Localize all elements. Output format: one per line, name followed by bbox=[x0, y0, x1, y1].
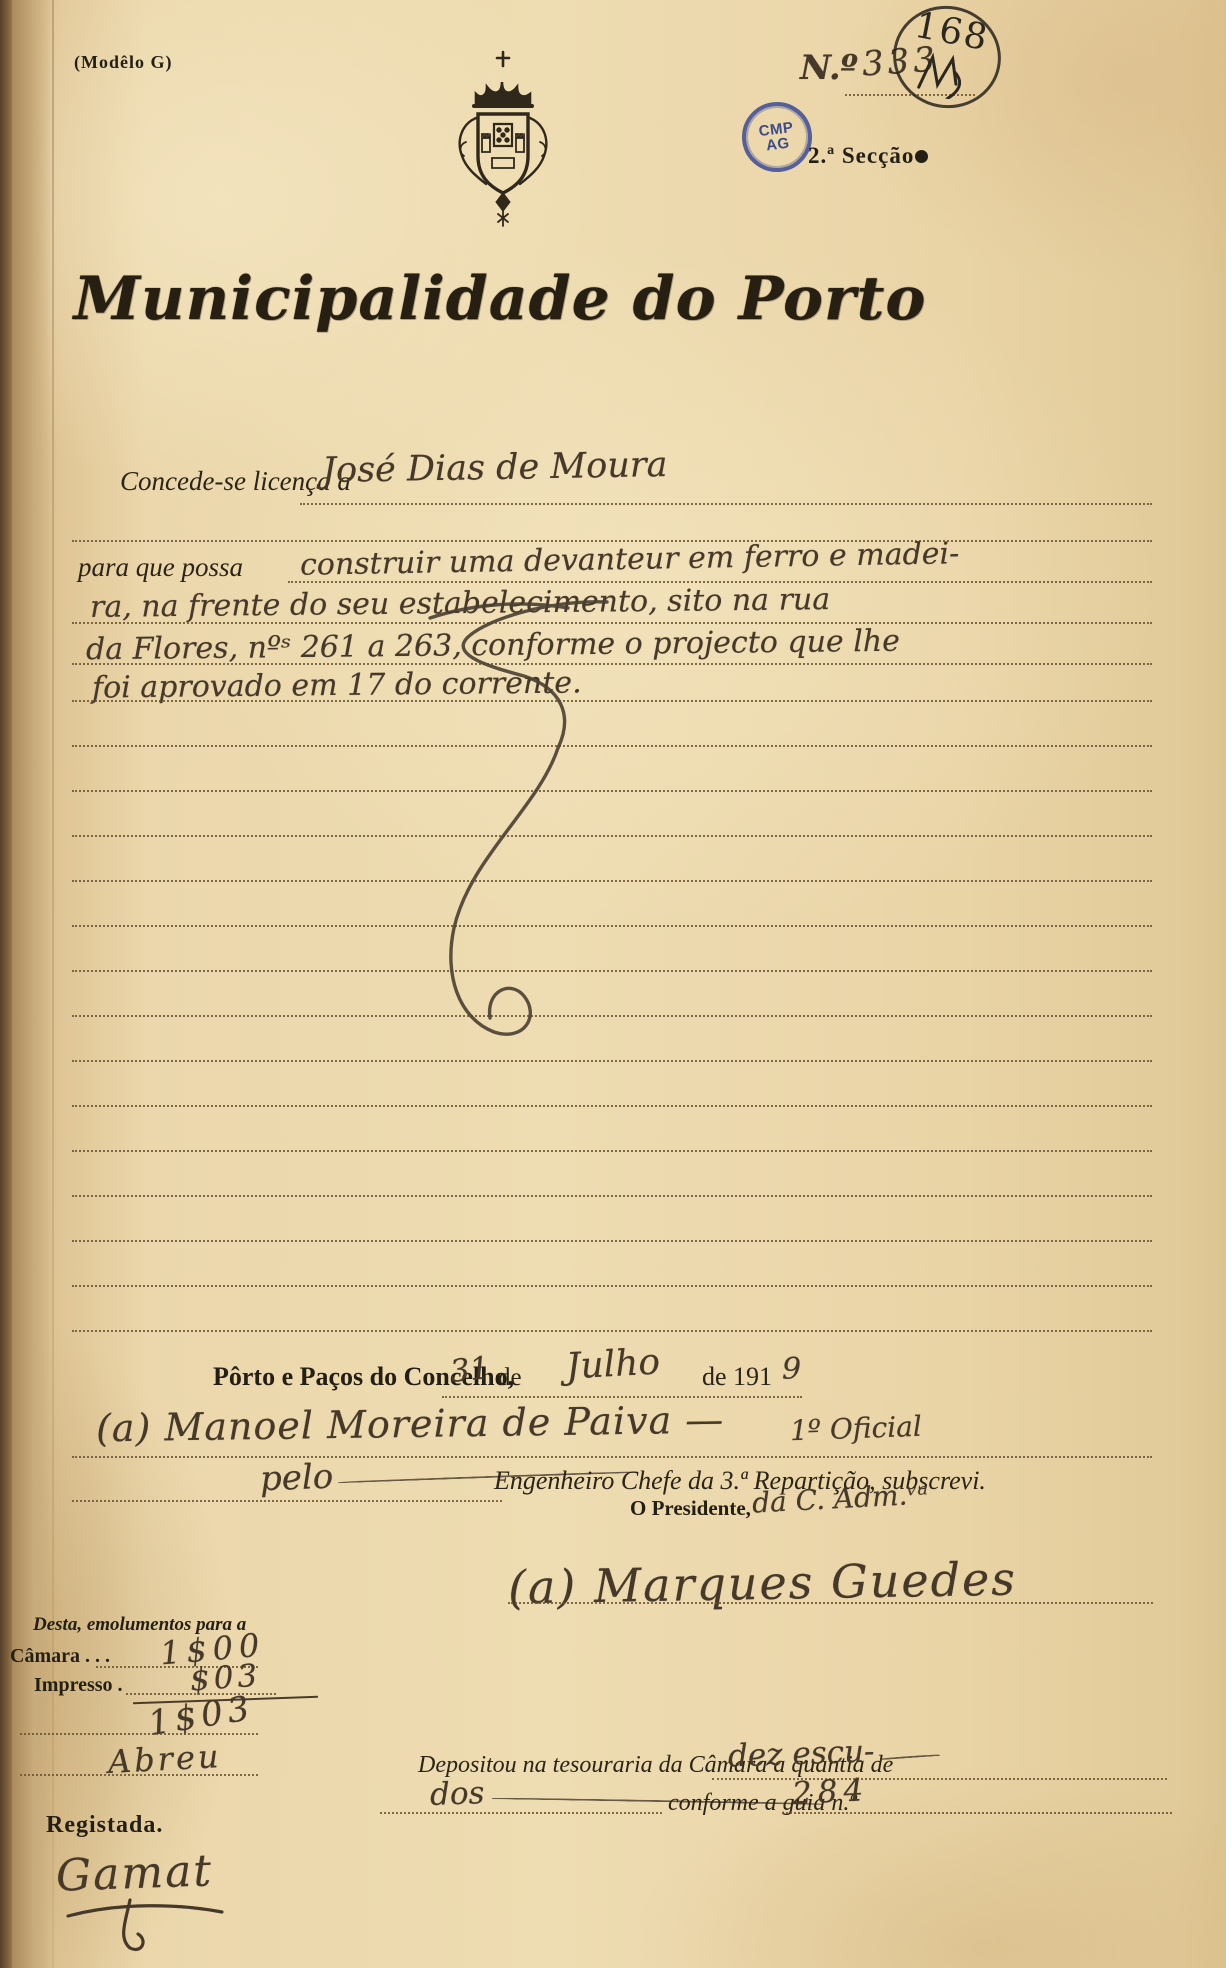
section-label: 2.ª Secção bbox=[808, 143, 928, 169]
archive-number-stamp: 168 bbox=[884, 0, 1009, 117]
deposit-amount-1: dez escu- bbox=[727, 1733, 875, 1774]
official-title: 1º Oficial bbox=[789, 1410, 922, 1448]
date-year-printed: de 191 bbox=[702, 1362, 772, 1392]
page-title: Municipalidade do Porto bbox=[60, 264, 940, 334]
date-month: Julho bbox=[565, 1342, 661, 1388]
ink-blot bbox=[915, 150, 928, 163]
official-signature: (a) Manoel Moreira de Paiva — bbox=[96, 1398, 725, 1451]
rule bbox=[508, 1602, 1153, 1604]
rule bbox=[20, 1774, 258, 1776]
document-page: (Modêlo G) bbox=[0, 0, 1226, 1968]
section-text: 2.ª Secção bbox=[808, 143, 914, 168]
page-fold-line bbox=[52, 0, 54, 1968]
page-edge-outer bbox=[0, 0, 12, 1968]
pen-flourish bbox=[372, 596, 642, 1096]
cmp-ag-stamp: CMP AG bbox=[738, 98, 816, 176]
date-year-digit: 9 bbox=[782, 1352, 801, 1387]
date-day: 31 bbox=[448, 1350, 491, 1390]
date-de-word: de bbox=[498, 1364, 522, 1392]
pelo-note: pelo bbox=[259, 1457, 334, 1500]
rule bbox=[712, 1778, 1167, 1780]
rule bbox=[300, 503, 1152, 505]
fees-impresso-label: Impresso . bbox=[34, 1674, 123, 1697]
registrar-flourish bbox=[60, 1898, 230, 1954]
model-label: (Modêlo G) bbox=[74, 52, 172, 73]
president-label: O Presidente, bbox=[630, 1496, 751, 1521]
guia-value: 284 bbox=[791, 1772, 870, 1812]
stamp-text-ag: AG bbox=[765, 136, 790, 154]
rule bbox=[72, 1500, 502, 1502]
rule bbox=[72, 1456, 1152, 1458]
coat-of-arms bbox=[436, 46, 570, 240]
rule bbox=[380, 1812, 662, 1814]
deposit-amount-2: dos bbox=[429, 1775, 485, 1813]
rule bbox=[72, 1330, 1152, 1332]
rule bbox=[72, 1240, 1152, 1242]
rule bbox=[782, 1812, 1172, 1814]
registered-label: Registada. bbox=[46, 1812, 163, 1839]
fees-camara-label: Câmara . . . bbox=[10, 1645, 110, 1668]
rule bbox=[72, 1195, 1152, 1197]
rule bbox=[72, 1105, 1152, 1107]
process-number-label: N.º bbox=[800, 48, 858, 88]
grant-label: Concede-se licença a bbox=[120, 466, 351, 497]
rule bbox=[72, 1285, 1152, 1287]
purpose-line-1: construir uma devanteur em ferro e madei… bbox=[300, 536, 960, 583]
rule bbox=[20, 1733, 258, 1735]
rule bbox=[72, 1150, 1152, 1152]
purpose-label: para que possa bbox=[78, 552, 243, 583]
page-edge-inner bbox=[12, 0, 52, 1968]
grantee-name: José Dias de Moura bbox=[322, 445, 668, 491]
fees-total: 1$03 bbox=[146, 1688, 257, 1744]
monogram-icon bbox=[910, 46, 978, 103]
rule bbox=[442, 1396, 802, 1398]
president-signature: (a) Marques Guedes bbox=[508, 1552, 1018, 1615]
registrar-signature: Gamat bbox=[55, 1845, 214, 1901]
